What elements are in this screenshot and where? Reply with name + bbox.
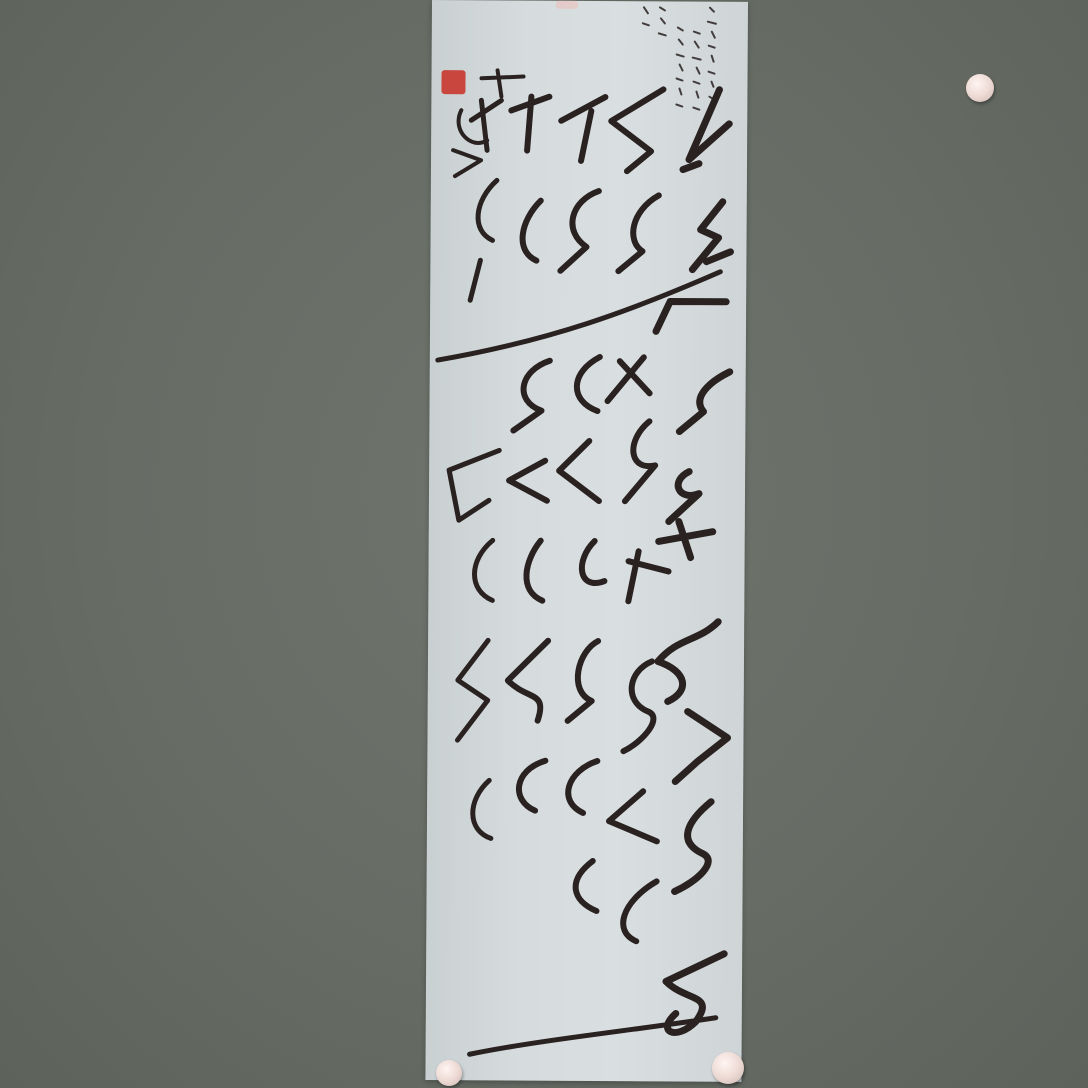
pushpin-bottom-right <box>712 1052 744 1084</box>
column-2 <box>604 89 671 941</box>
column-5 <box>447 100 502 838</box>
column-3 <box>556 97 607 911</box>
column-4 <box>507 96 551 810</box>
seal-top <box>556 1 578 9</box>
pushpin-top-right <box>966 74 994 102</box>
calligraphy-scroll <box>425 0 748 1082</box>
pushpin-bottom-left <box>436 1060 462 1086</box>
calligraphy-strokes <box>425 0 748 1082</box>
seal-artist <box>441 70 465 94</box>
